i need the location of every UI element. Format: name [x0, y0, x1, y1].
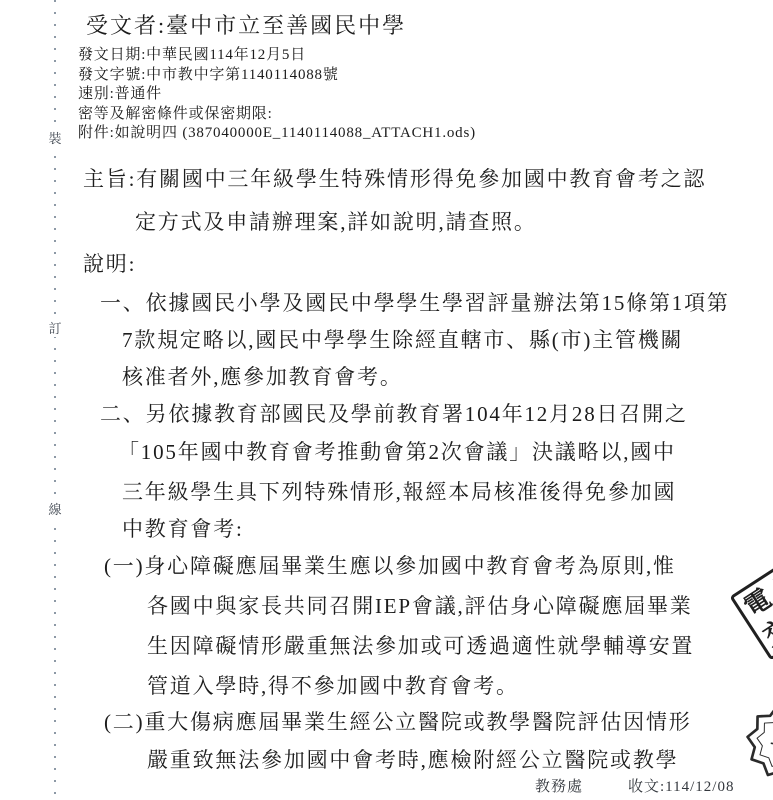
- electronic-exchange-stamp-icon: 電 子 交 換: [729, 555, 773, 660]
- issue-date-line: 發文日期:中華民國114年12月5日: [78, 46, 476, 66]
- issue-number-line: 發文字號:中市教中字第1140114088號: [78, 66, 476, 86]
- official-letter-page: 裝 訂 線 受文者:臺中市立至善國民中學 發文日期:中華民國114年12月5日 …: [0, 0, 773, 800]
- explanation-label: 說明:: [83, 248, 136, 278]
- binding-dotted-line: [54, 0, 56, 800]
- speed-class-line: 速別:普通件: [78, 85, 476, 105]
- subject-line-2: 定方式及申請辦理案,詳如說明,請查照。: [135, 206, 537, 236]
- security-class-line: 密等及解密條件或保密期限:: [78, 105, 476, 125]
- subject-line-1: 主旨:有關國中三年級學生特殊情形得免參加國中教育會考之認: [83, 163, 706, 193]
- item2-line-3: 三年級學生具下列特殊情形,報經本局核准後得免參加國: [122, 476, 676, 506]
- item1-line-3: 核准者外,應參加教育會考。: [122, 361, 403, 391]
- stamp-char-3: 交: [759, 614, 773, 650]
- item2-line-2: 「105年國中教育會考推動會第2次會議」決議略以,國中: [118, 436, 676, 466]
- receiving-office-label: 教務處: [535, 775, 583, 796]
- attachment-line: 附件:如說明四 (387040000E_1140114088_ATTACH1.o…: [78, 124, 476, 144]
- subitem1-line-4: 管道入學時,得不參加國中教育會考。: [147, 670, 519, 700]
- subitem1-line-3: 生因障礙情形嚴重無法參加或可透過適性就學輔導安置: [147, 630, 694, 660]
- document-metadata: 發文日期:中華民國114年12月5日 發文字號:中市教中字第1140114088…: [78, 46, 476, 144]
- received-date-label: 收文:114/12/08: [628, 775, 734, 796]
- binding-char-ding: 訂: [46, 321, 64, 337]
- recipient-line: 受文者:臺中市立至善國民中學: [86, 9, 406, 40]
- subitem2-line-2: 嚴重致無法參加國中會考時,應檢附經公立醫院或教學: [147, 744, 678, 774]
- stamp-char-1: 電: [740, 585, 773, 621]
- item2-line-4: 中教育會考:: [122, 513, 244, 543]
- binding-char-xian: 線: [46, 502, 64, 518]
- item1-line-2: 7款規定略以,國民中學學生除經直轄市、縣(市)主管機關: [122, 324, 683, 354]
- subitem2-line-1: (二)重大傷病應屆畢業生經公立醫院或教學醫院評估因情形: [104, 706, 692, 736]
- subitem1-line-1: (一)身心障礙應屆畢業生應以參加國中教育會考為原則,惟: [104, 550, 676, 580]
- star-seal-icon: [738, 696, 773, 788]
- item1-line-1: 一、依據國民小學及國民中學學生學習評量辦法第15條第1項第: [100, 287, 730, 317]
- subitem1-line-2: 各國中與家長共同召開IEP會議,評估身心障礙應屆畢業: [147, 590, 693, 620]
- item2-line-1: 二、另依據教育部國民及學前教育署104年12月28日召開之: [100, 398, 688, 428]
- binding-char-zhuang: 裝: [46, 131, 64, 147]
